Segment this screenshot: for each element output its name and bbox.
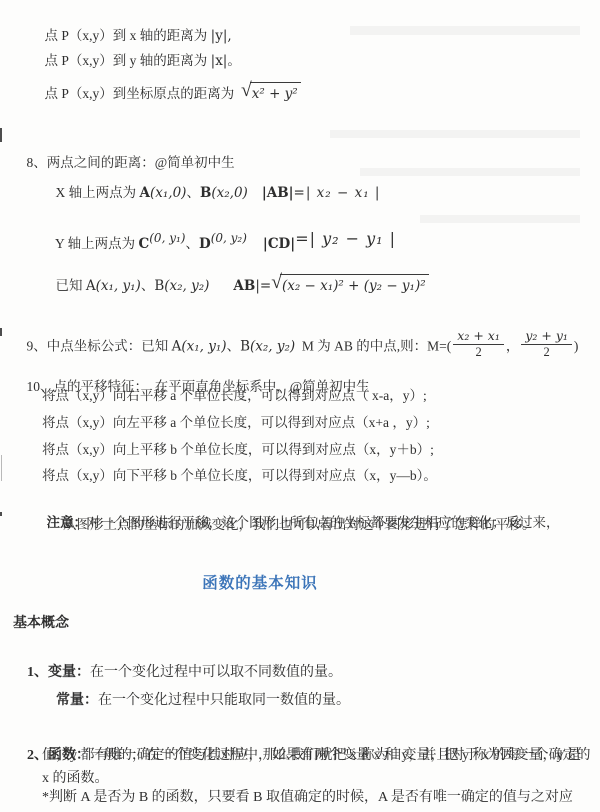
point-B-args: (x₂, y₂) bbox=[250, 338, 295, 354]
equation-y2-y1: =| y₂ − y₁ | bbox=[295, 229, 396, 248]
point-B-args: (x₂, y₂) bbox=[164, 278, 209, 294]
function-definition-line2: 值，y 都有唯一确定的值与其对应，那么我们就把 x 称为自变量，把 y 称为因变… bbox=[42, 744, 581, 767]
point-A: A bbox=[172, 338, 182, 354]
point-A-args: (x₁, y₁) bbox=[181, 338, 226, 354]
point-B: B bbox=[200, 185, 211, 201]
radicand: (x₂ − x₁)² + (y₂ − y₁)² bbox=[280, 274, 429, 296]
point-B: B bbox=[240, 338, 250, 354]
separator: 、 bbox=[186, 185, 200, 200]
fraction-y: y₂ + y₁2 bbox=[521, 329, 572, 360]
point-B: B bbox=[154, 278, 164, 294]
equation-x2-x1: =| x₂ − x₁ | bbox=[294, 185, 381, 201]
basic-concepts-title: 基本概念 bbox=[13, 612, 69, 635]
sqrt-formula: √x² + y² bbox=[241, 82, 301, 104]
translation-note-line2: 从图形上点的坐标的加减变化，我们也可以看出对这个图形进行了怎样的平移。 bbox=[63, 515, 536, 535]
document-page: 点 P（x,y）到 x 轴的距离为 |y|, 点 P（x,y）到 y 轴的距离为… bbox=[0, 0, 600, 812]
fraction-denominator: 2 bbox=[521, 345, 572, 360]
point-C: C bbox=[139, 236, 150, 252]
jpeg-artifact bbox=[350, 26, 580, 35]
translate-left-line: 将点（x,y）向左平移 a 个单位长度，可以得到对应点（x+a ，y）; bbox=[42, 413, 430, 433]
fraction-numerator: y₂ + y₁ bbox=[521, 329, 572, 345]
translate-down-line: 将点（x,y）向下平移 b 个单位长度，可以得到对应点（x，y—b）。 bbox=[42, 466, 437, 486]
point-D-args: (0, y₂) bbox=[211, 231, 247, 245]
midpoint-text: M 为 AB 的中点,则：M=( bbox=[295, 338, 451, 353]
point-C-args: (0, y₁) bbox=[149, 231, 185, 245]
point-B-args: (x₂,0) bbox=[211, 185, 247, 201]
separator: 、 bbox=[141, 278, 155, 293]
radical-sign: √ bbox=[241, 81, 252, 101]
point-distance-to-origin: 点 P（x,y）到坐标原点的距离为 √x² + y² bbox=[31, 62, 301, 124]
term-label: 常量： bbox=[56, 693, 98, 708]
scan-artifact bbox=[1, 455, 2, 481]
functions-section-heading-wrap: 函数的基本知识 bbox=[0, 571, 520, 593]
functions-section-heading: 函数的基本知识 bbox=[202, 575, 318, 592]
equals-sign: |= bbox=[255, 278, 271, 294]
separator: 、 bbox=[227, 338, 241, 353]
point-A-args: (x₁,0) bbox=[150, 185, 186, 201]
text: X 轴上两点为 bbox=[56, 185, 140, 200]
scan-artifact bbox=[0, 128, 2, 142]
text: Y 轴上两点为 bbox=[55, 236, 139, 251]
radical-sign: √ bbox=[271, 273, 282, 293]
separator: 、 bbox=[185, 236, 199, 251]
close-paren: ) bbox=[574, 338, 579, 353]
comma: ， bbox=[506, 338, 520, 353]
scan-artifact bbox=[0, 328, 2, 336]
point-A: A bbox=[140, 185, 150, 201]
function-judgement-note: *判断 A 是否为 B 的函数，只要看 B 取值确定的时候，A 是否有唯一确定的… bbox=[42, 786, 573, 809]
fraction-x: x₂ + x₁2 bbox=[453, 329, 504, 360]
two-points-distance-formula: 已知 A(x₁, y₁)、B(x₂, y₂)AB|=√(x₂ − x₁)² + … bbox=[42, 254, 429, 316]
point-A: A bbox=[86, 278, 96, 294]
translate-right-line: 将点（x,y）向右平移 a 个单位长度，可以得到对应点（ x-a，y）; bbox=[42, 386, 427, 406]
text: 已知 bbox=[56, 278, 86, 293]
point-A-args: (x₁, y₁) bbox=[96, 278, 141, 294]
jpeg-artifact bbox=[420, 215, 580, 223]
radicand: x² + y² bbox=[250, 82, 301, 104]
scan-artifact bbox=[0, 512, 2, 516]
translate-up-line: 将点（x,y）向上平移 b 个单位长度，可以得到对应点（x，y＋b）; bbox=[42, 440, 434, 460]
point-D: D bbox=[199, 236, 211, 252]
jpeg-artifact bbox=[330, 130, 580, 138]
abs-AB: |AB| bbox=[262, 185, 294, 201]
jpeg-artifact bbox=[360, 168, 580, 176]
text: 点 P（x,y）到坐标原点的距离为 bbox=[45, 86, 242, 101]
definition-text: 在一个变化过程中只能取同一数值的量。 bbox=[98, 693, 350, 708]
abs-AB: AB bbox=[233, 278, 255, 294]
sqrt-formula: √(x₂ − x₁)² + (y₂ − y₁)² bbox=[271, 274, 428, 296]
fraction-denominator: 2 bbox=[453, 345, 504, 360]
section-text: 9、中点坐标公式：已知 bbox=[27, 338, 172, 353]
abs-CD: |CD| bbox=[263, 236, 295, 252]
fraction-numerator: x₂ + x₁ bbox=[453, 329, 504, 345]
